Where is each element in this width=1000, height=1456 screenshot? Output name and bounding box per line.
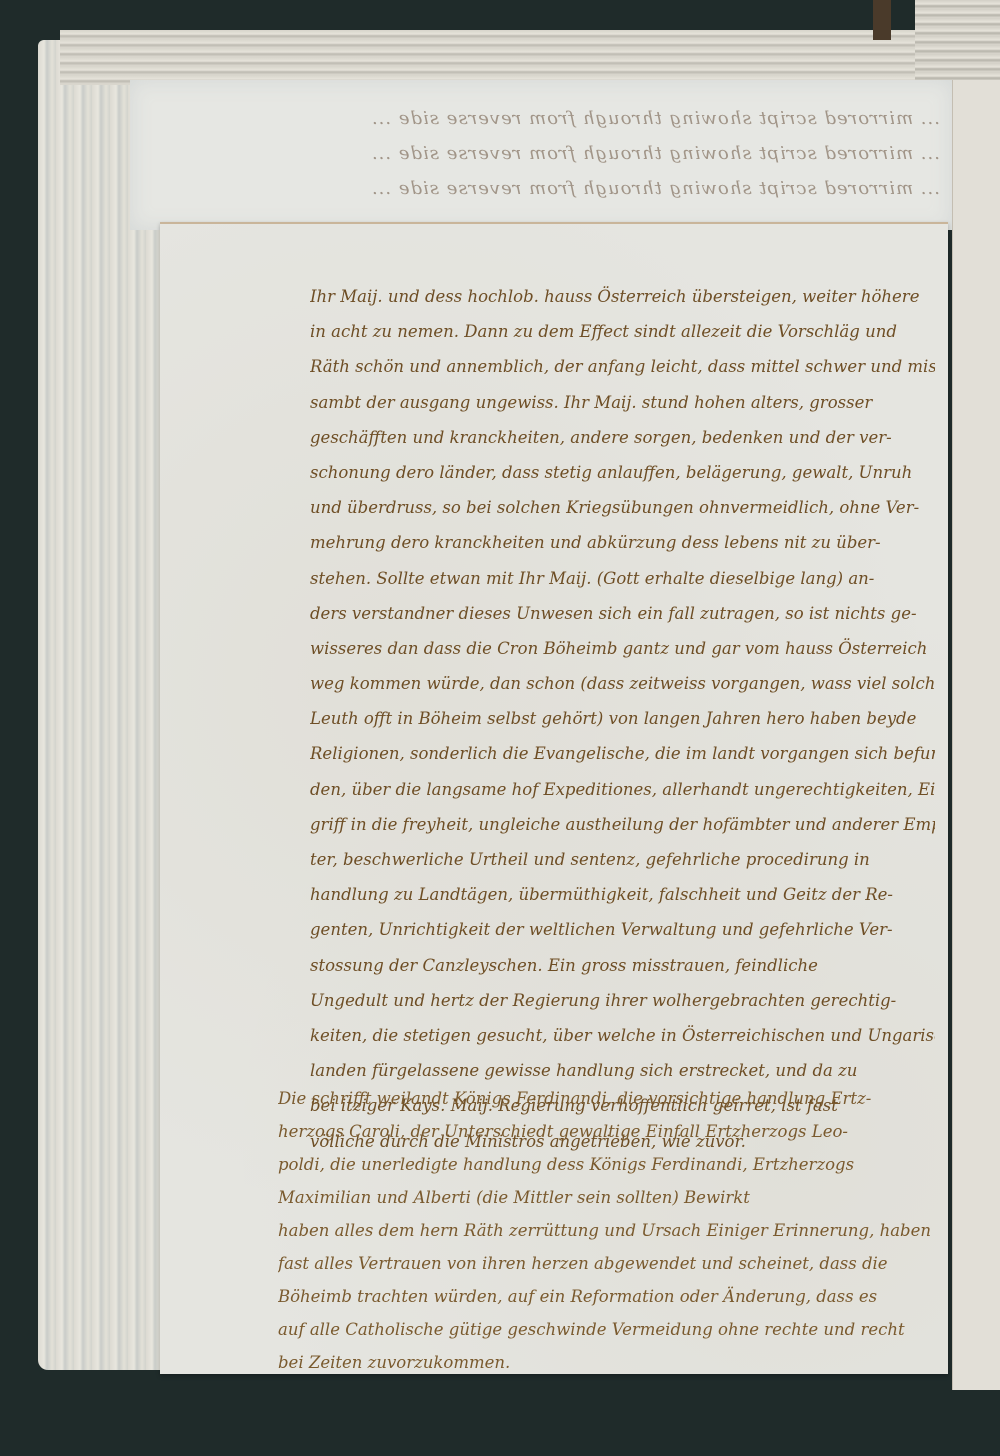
manuscript-line: Leuth offt in Böheim selbst gehört) von … (310, 701, 935, 736)
paragraph-1: Ihr Maij. und dess hochlob. hauss Österr… (310, 279, 935, 1159)
manuscript-line: keiten, die stetigen gesucht, über welch… (310, 1018, 935, 1053)
bleed-line: ... mirrored script showing through from… (140, 135, 940, 170)
manuscript-line: ders verstandner dieses Unwesen sich ein… (310, 596, 935, 631)
manuscript-line: griff in die freyheit, ungleiche austhei… (310, 807, 935, 842)
manuscript-line: genten, Unrichtigkeit der weltlichen Ver… (310, 912, 935, 947)
manuscript-line: Maximilian und Alberti (die Mittler sein… (278, 1181, 938, 1214)
manuscript-line: stossung der Canzleyschen. Ein gross mis… (310, 948, 935, 983)
manuscript-line: stehen. Sollte etwan mit Ihr Maij. (Gott… (310, 561, 935, 596)
manuscript-line: den, über die langsame hof Expeditiones,… (310, 772, 935, 807)
manuscript-line: ter, beschwerliche Urtheil und sentenz, … (310, 842, 935, 877)
manuscript-line: auf alle Catholische gütige geschwinde V… (278, 1313, 938, 1346)
facing-page-edge (952, 80, 1000, 1390)
manuscript-line: Religionen, sonderlich die Evangelische,… (310, 736, 935, 771)
bleed-line: ... mirrored script showing through from… (140, 170, 940, 205)
page-stack-right-top (915, 0, 1000, 80)
manuscript-page: Ihr Maij. und dess hochlob. hauss Österr… (160, 222, 948, 1374)
page-stack-top-edge (60, 30, 950, 85)
manuscript-line: geschäfften und kranckheiten, andere sor… (310, 420, 935, 455)
manuscript-line: Ihr Maij. und dess hochlob. hauss Österr… (310, 279, 935, 314)
manuscript-line: Die schrifft weilandt Königs Ferdinandi,… (278, 1082, 938, 1115)
manuscript-line: bei Zeiten zuvorzukommen. (278, 1346, 938, 1379)
manuscript-line: poldi, die unerledigte handlung dess Kön… (278, 1148, 938, 1181)
manuscript-line: Böheimb trachten würden, auf ein Reforma… (278, 1280, 938, 1313)
bleed-line: ... mirrored script showing through from… (140, 100, 940, 135)
manuscript-line: herzogs Caroli, der Unterschiedt gewalti… (278, 1115, 938, 1148)
manuscript-line: schonung dero länder, dass stetig anlauf… (310, 455, 935, 490)
bleed-through-text: ... mirrored script showing through from… (140, 100, 940, 206)
manuscript-line: Ungedult und hertz der Regierung ihrer w… (310, 983, 935, 1018)
manuscript-line: und überdruss, so bei solchen Kriegsübun… (310, 490, 935, 525)
manuscript-line: Räth schön und annemblich, der anfang le… (310, 349, 935, 384)
manuscript-line: sambt der ausgang ungewiss. Ihr Maij. st… (310, 385, 935, 420)
paragraph-2: Die schrifft weilandt Königs Ferdinandi,… (278, 1082, 938, 1379)
manuscript-line: wisseres dan dass die Cron Böheimb gantz… (310, 631, 935, 666)
manuscript-line: handlung zu Landtägen, übermüthigkeit, f… (310, 877, 935, 912)
manuscript-line: mehrung dero kranckheiten und abkürzung … (310, 525, 935, 560)
manuscript-line: fast alles Vertrauen von ihren herzen ab… (278, 1247, 938, 1280)
binding-strap (873, 0, 891, 40)
manuscript-line: weg kommen würde, dan schon (dass zeitwe… (310, 666, 935, 701)
manuscript-line: haben alles dem hern Räth zerrüttung und… (278, 1214, 938, 1247)
manuscript-line: in acht zu nemen. Dann zu dem Effect sin… (310, 314, 935, 349)
page-stack-left-edge (38, 40, 168, 1370)
